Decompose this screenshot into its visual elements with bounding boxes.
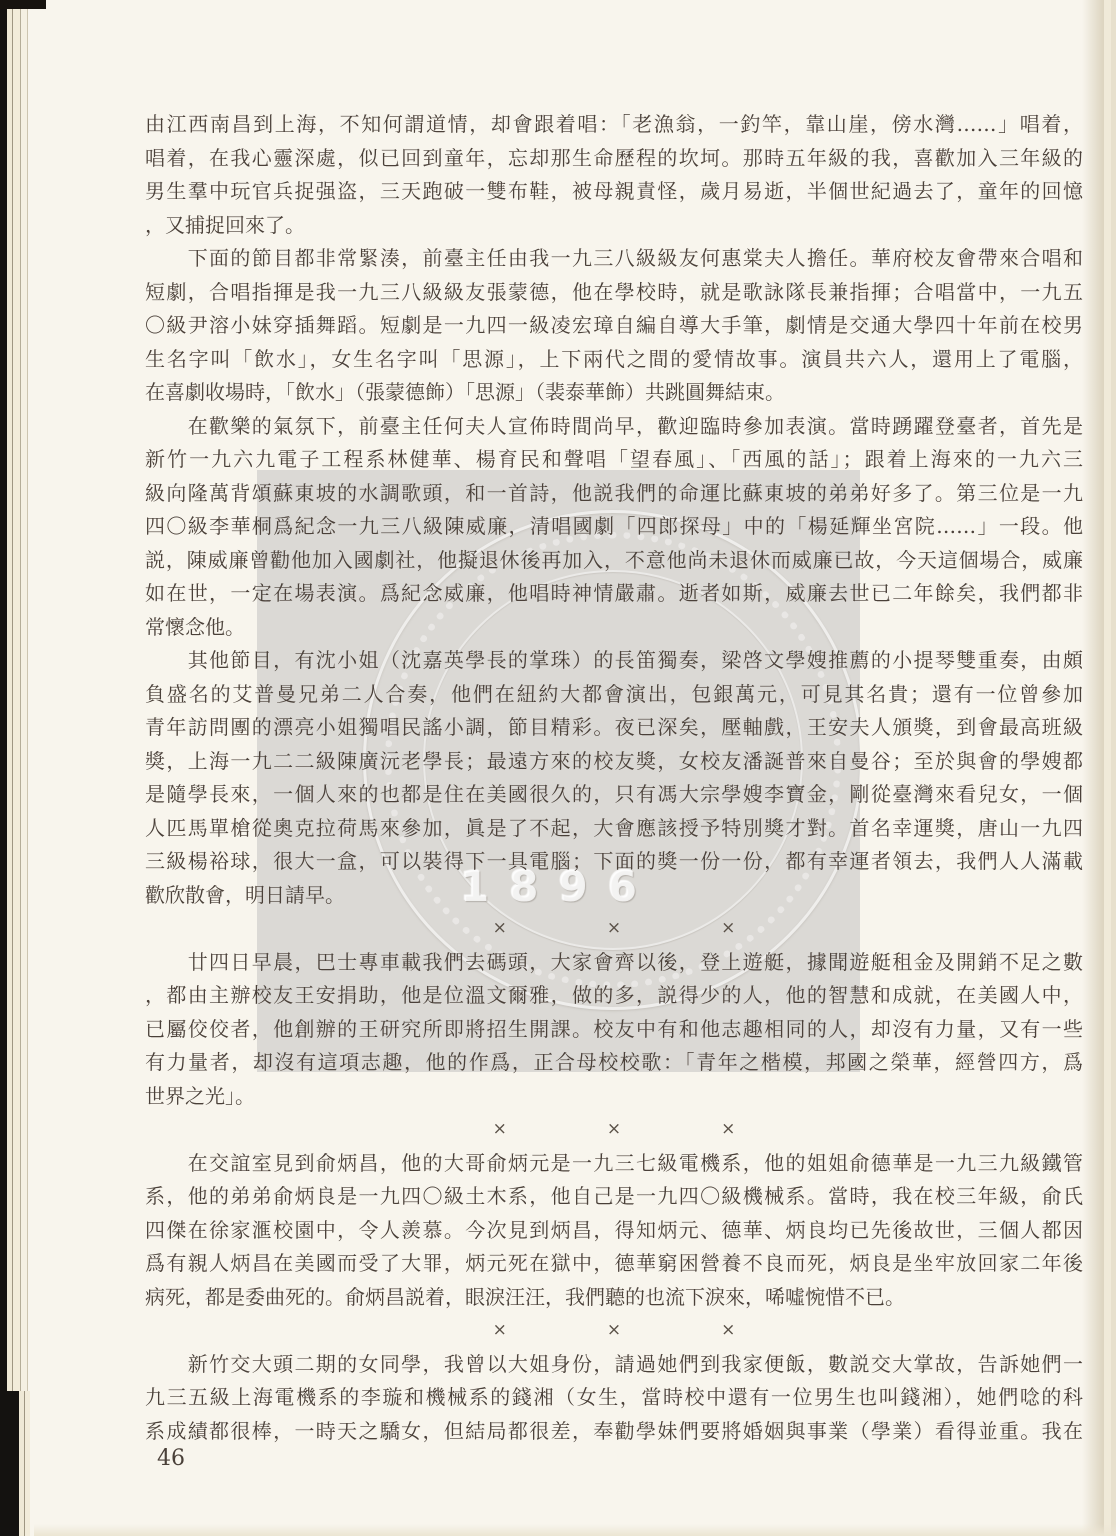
book-page: 1896 由江西南昌到上海，不知何謂道情，却會跟着唱：「老漁翁，一釣竿，靠山崖，… (0, 0, 1116, 1536)
text-line: 短劇，合唱指揮是我一九三八級級友張蒙德，他在學校時，就是歌詠隊長兼指揮；合唱當中… (145, 276, 1083, 310)
text-line: 〇級尹溶小妹穿插舞蹈。短劇是一九四一級凌宏璋自編自導大手筆，劇情是交通大學四十年… (145, 309, 1083, 343)
text-line: 爲有親人炳昌在美國而受了大罪，炳元死在獄中，德華窮困營養不良而死，炳良是坐牢放回… (145, 1247, 1083, 1281)
text-line: 四〇級李華桐爲紀念一九三八級陳威廉，清唱國劇「四郎探母」中的「楊延輝坐宮院……」… (145, 510, 1083, 544)
text-line: 其他節目，有沈小姐（沈嘉英學長的掌珠）的長笛獨奏，梁啓文學嫂推薦的小提琴雙重奏，… (145, 644, 1083, 678)
text-line: 新竹一九六九電子工程系林健華、楊育民和聲唱「望春風」、「西風的話」；跟着上海來的… (145, 443, 1083, 477)
x-separator-mark: × (607, 920, 621, 937)
text-line: 男生羣中玩官兵捉强盗，三天跑破一雙布鞋，被母親責怪，歲月易逝，半個世紀過去了，童… (145, 175, 1083, 209)
page-number: 46 (157, 1446, 185, 1471)
text-line: 三級楊裕球，很大一盒，可以裝得下一具電腦；下面的獎一份一份，都有幸運者領去，我們… (145, 845, 1083, 879)
book-binding-edge (0, 0, 34, 1536)
text-line: 生名字叫「飲水」，女生名字叫「思源」，上下兩代之間的愛情故事。演員共六人，還用上… (145, 343, 1083, 377)
text-line: 説，陳威廉曾勸他加入國劇社，他擬退休後再加入，不意他尚未退休而威廉已故，今天這個… (145, 544, 1083, 578)
text-line: 是隨學長來，一個人來的也都是住在美國很久的，只有馮大宗學嫂李寶金，剛從臺灣來看兒… (145, 778, 1083, 812)
text-line: 人匹馬單槍從奧克拉荷馬來參加，眞是了不起，大會應該授予特別獎才對。首名幸運獎，唐… (145, 812, 1083, 846)
text-line: 在歡樂的氣氛下，前臺主任何夫人宣佈時間尚早，歡迎臨時參加表演。當時踴躍登臺者，首… (145, 410, 1083, 444)
x-separator-mark: × (721, 1121, 735, 1138)
text-line: 世界之光」。 (145, 1080, 1083, 1114)
text-line: ，又捕捉回來了。 (145, 209, 1083, 243)
text-line: 病死，都是委曲死的。俞炳昌説着，眼淚汪汪，我們聽的也流下淚來，唏噓惋惜不已。 (145, 1281, 1083, 1315)
x-separator-mark: × (493, 920, 507, 937)
section-separator: ××× (145, 1314, 1083, 1348)
text-line: 唱着，在我心靈深處，似已回到童年，忘却那生命歷程的坎坷。那時五年級的我，喜歡加入… (145, 142, 1083, 176)
text-line: 已屬佼佼者，他創辦的王研究所即將招生開課。校友中有和他志趣相同的人，却沒有力量，… (145, 1013, 1083, 1047)
section-separator: ××× (145, 912, 1083, 946)
page-right-edge (1082, 0, 1116, 1536)
text-line: 獎，上海一九二二級陳廣沅老學長；最遠方來的校友獎，女校友潘誕普來自曼谷；至於與會… (145, 745, 1083, 779)
text-line: 下面的節目都非常緊湊，前臺主任由我一九三八級級友何惠棠夫人擔任。華府校友會帶來合… (145, 242, 1083, 276)
text-line: ，都由主辦校友王安捐助，他是位溫文爾雅，做的多，説得少的人，他的智慧和成就，在美… (145, 979, 1083, 1013)
x-separator-mark: × (721, 920, 735, 937)
text-line: 常懷念他。 (145, 611, 1083, 645)
x-separator-mark: × (721, 1322, 735, 1339)
text-line: 系成績都很棒，一時天之驕女，但結局都很差，奉勸學妹們要將婚姻與事業（學業）看得並… (145, 1415, 1083, 1449)
text-line: 級向隆萬背頌蘇東坡的水調歌頭，和一首詩，他説我們的命運比蘇東坡的弟弟好多了。第三… (145, 477, 1083, 511)
text-line: 負盛名的艾普曼兄弟二人合奏，他們在紐約大都會演出，包銀萬元，可見其名貴；還有一位… (145, 678, 1083, 712)
text-line: 新竹交大頭二期的女同學，我曾以大姐身份，請過她們到我家便飯，數説交大掌故，告訴她… (145, 1348, 1083, 1382)
page-bottom-edge (0, 1524, 1116, 1536)
text-line: 由江西南昌到上海，不知何謂道情，却會跟着唱：「老漁翁，一釣竿，靠山崖，傍水灣……… (145, 108, 1083, 142)
text-line: 在喜劇收場時，「飲水」（張蒙德飾）「思源」（裴泰華飾）共跳圓舞結束。 (145, 376, 1083, 410)
text-line: 有力量者，却沒有這項志趣，他的作爲，正合母校校歌：「青年之楷模，邦國之榮華，經營… (145, 1046, 1083, 1080)
x-separator-mark: × (493, 1121, 507, 1138)
text-line: 青年訪問團的漂亮小姐獨唱民謠小調，節目精彩。夜已深矣，壓軸戲，王安夫人頒獎，到會… (145, 711, 1083, 745)
text-line: 系，他的弟弟俞炳良是一九四〇級土木系，他自己是一九四〇級機械系。當時，我在校三年… (145, 1180, 1083, 1214)
text-line: 九三五級上海電機系的李璇和機械系的錢湘（女生，當時校中還有一位男生也叫錢湘），她… (145, 1381, 1083, 1415)
page-text: 由江西南昌到上海，不知何謂道情，却會跟着唱：「老漁翁，一釣竿，靠山崖，傍水灣……… (145, 108, 1083, 1448)
x-separator-mark: × (607, 1322, 621, 1339)
book-binding-edge-bottom (0, 1391, 30, 1536)
text-line: 四傑在徐家滙校園中，令人羨慕。今次見到炳昌，得知炳元、德華、炳良均已先後故世，三… (145, 1214, 1083, 1248)
text-line: 歡欣散會，明日請早。 (145, 879, 1083, 913)
text-line: 廿四日早晨，巴士專車載我們去碼頭，大家會齊以後，登上遊艇，據聞遊艇租金及開銷不足… (145, 946, 1083, 980)
section-separator: ××× (145, 1113, 1083, 1147)
x-separator-mark: × (493, 1322, 507, 1339)
text-line: 如在世，一定在場表演。爲紀念威廉，他唱時神情嚴肅。逝者如斯，威廉去世已二年餘矣，… (145, 577, 1083, 611)
book-spine-corner-mark (0, 0, 46, 9)
text-line: 在交誼室見到俞炳昌，他的大哥俞炳元是一九三七級電機系，他的姐姐俞德華是一九三九級… (145, 1147, 1083, 1181)
x-separator-mark: × (607, 1121, 621, 1138)
